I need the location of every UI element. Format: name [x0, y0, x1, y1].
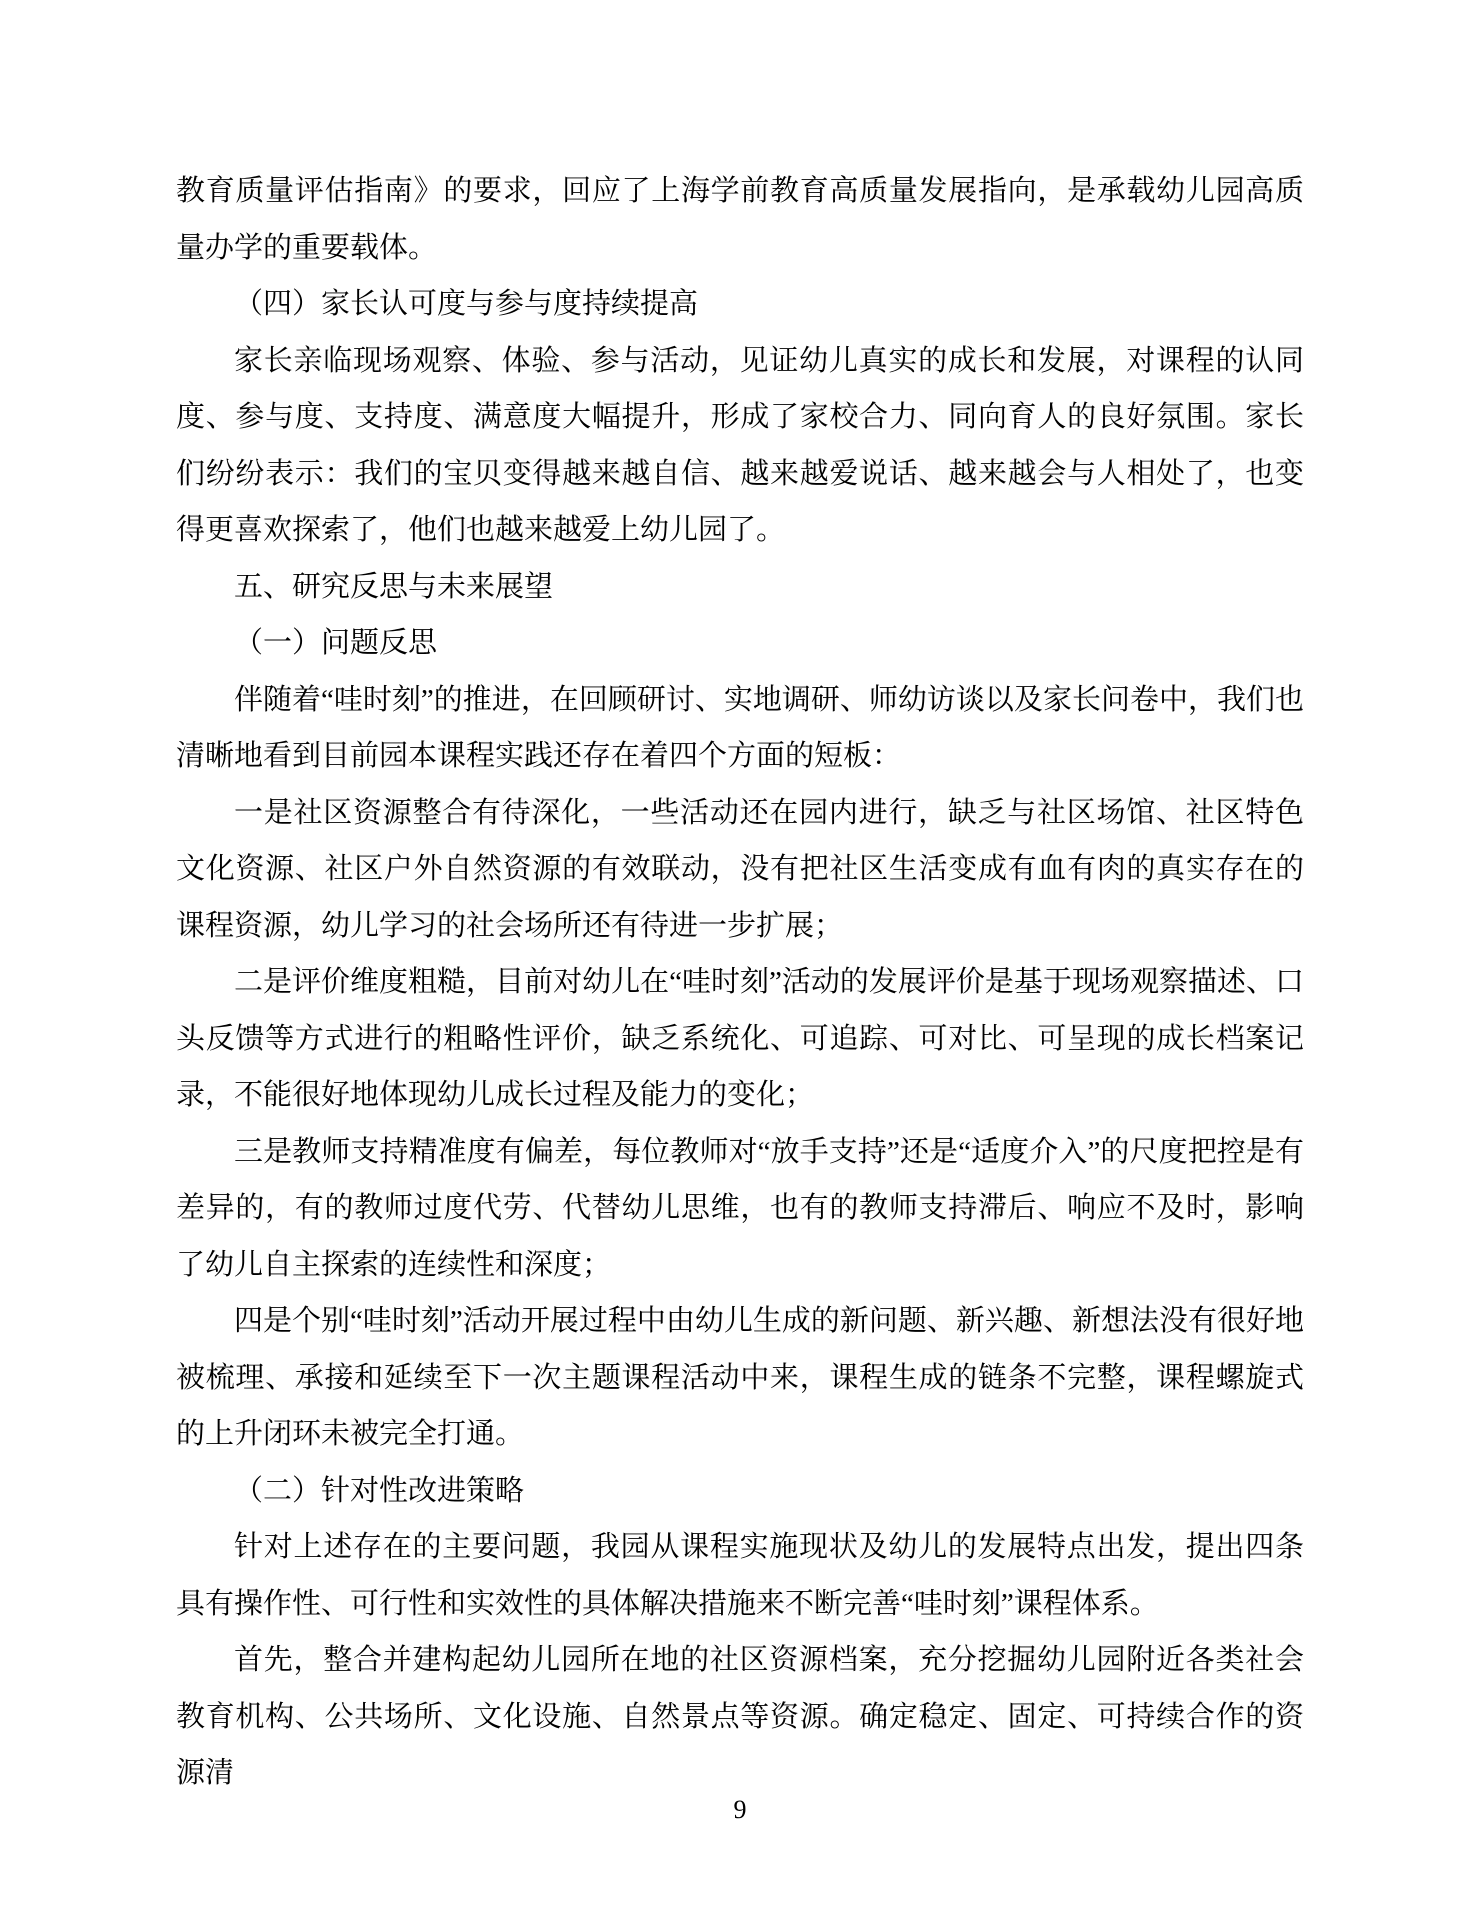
section-heading: 五、研究反思与未来展望: [176, 559, 1304, 616]
paragraph: 一是社区资源整合有待深化，一些活动还在园内进行，缺乏与社区场馆、社区特色文化资源…: [176, 785, 1304, 955]
document-page: 教育质量评估指南》的要求，回应了上海学前教育高质量发展指向，是承载幼儿园高质量办…: [0, 0, 1480, 1916]
paragraph: 伴随着“哇时刻”的推进，在回顾研讨、实地调研、师幼访谈以及家长问卷中，我们也清晰…: [176, 672, 1304, 785]
paragraph: 家长亲临现场观察、体验、参与活动，见证幼儿真实的成长和发展，对课程的认同度、参与…: [176, 333, 1304, 559]
paragraph: 教育质量评估指南》的要求，回应了上海学前教育高质量发展指向，是承载幼儿园高质量办…: [176, 163, 1304, 276]
paragraph: 首先，整合并建构起幼儿园所在地的社区资源档案，充分挖掘幼儿园附近各类社会教育机构…: [176, 1632, 1304, 1802]
section-heading: （二）针对性改进策略: [176, 1463, 1304, 1520]
section-heading: （四）家长认可度与参与度持续提高: [176, 276, 1304, 333]
paragraph: 针对上述存在的主要问题，我园从课程实施现状及幼儿的发展特点出发，提出四条具有操作…: [176, 1519, 1304, 1632]
page-footer: 9: [0, 1793, 1480, 1827]
section-heading: （一）问题反思: [176, 615, 1304, 672]
page-number: 9: [734, 1795, 747, 1824]
paragraph: 二是评价维度粗糙，目前对幼儿在“哇时刻”活动的发展评价是基于现场观察描述、口头反…: [176, 954, 1304, 1124]
document-text-block: 教育质量评估指南》的要求，回应了上海学前教育高质量发展指向，是承载幼儿园高质量办…: [176, 163, 1304, 1802]
paragraph: 三是教师支持精准度有偏差，每位教师对“放手支持”还是“适度介入”的尺度把控是有差…: [176, 1124, 1304, 1294]
paragraph: 四是个别“哇时刻”活动开展过程中由幼儿生成的新问题、新兴趣、新想法没有很好地被梳…: [176, 1293, 1304, 1463]
